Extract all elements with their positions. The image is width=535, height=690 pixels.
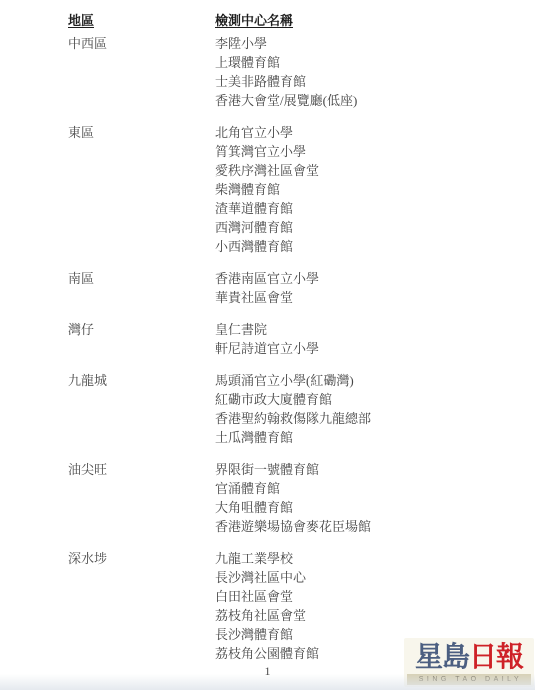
centre-name: 愛秩序灣社區會堂 — [215, 161, 525, 180]
district-name: 南區 — [68, 269, 215, 307]
centre-name: 大角咀體育館 — [215, 498, 525, 517]
sing-tao-daily-logo: 星島日報 SING TAO DAILY — [404, 638, 534, 687]
sing-tao-daily-logo-chinese: 星島日報 — [407, 641, 531, 673]
testing-centre-table: 地區 檢測中心名稱 中西區李陞小學上環體育館士美非路體育館香港大會堂/展覽廳(低… — [68, 11, 525, 676]
sing-tao-daily-logo-english: SING TAO DAILY — [407, 674, 531, 685]
centre-name: 九龍工業學校 — [215, 549, 525, 568]
centre-name: 界限街一號體育館 — [215, 460, 525, 479]
centre-list: 香港南區官立小學華貴社區會堂 — [215, 269, 525, 307]
centre-list: 北角官立小學筲箕灣官立小學愛秩序灣社區會堂柴灣體育館渣華道體育館西灣河體育館小西… — [215, 123, 525, 256]
centre-name: 香港大會堂/展覽廳(低座) — [215, 91, 525, 110]
centre-name: 李陞小學 — [215, 34, 525, 53]
centre-name: 官涌體育館 — [215, 479, 525, 498]
centre-list: 馬頭涌官立小學(紅磡灣)紅磡市政大廈體育館香港聖約翰救傷隊九龍總部土瓜灣體育館 — [215, 371, 525, 447]
centre-name: 馬頭涌官立小學(紅磡灣) — [215, 371, 525, 390]
district-name: 中西區 — [68, 34, 215, 110]
column-header-centre-name: 檢測中心名稱 — [215, 11, 525, 30]
district-section: 灣仔皇仁書院軒尼詩道官立小學 — [68, 320, 525, 358]
centre-name: 軒尼詩道官立小學 — [215, 339, 525, 358]
centre-name: 香港遊樂場協會麥花臣場館 — [215, 517, 525, 536]
centre-list: 界限街一號體育館官涌體育館大角咀體育館香港遊樂場協會麥花臣場館 — [215, 460, 525, 536]
centre-name: 香港聖約翰救傷隊九龍總部 — [215, 409, 525, 428]
centre-list: 李陞小學上環體育館士美非路體育館香港大會堂/展覽廳(低座) — [215, 34, 525, 110]
centre-name: 荔枝角社區會堂 — [215, 606, 525, 625]
centre-name: 士美非路體育館 — [215, 72, 525, 91]
district-name: 九龍城 — [68, 371, 215, 447]
sections-list: 中西區李陞小學上環體育館士美非路體育館香港大會堂/展覽廳(低座)東區北角官立小學… — [68, 34, 525, 663]
centre-name: 西灣河體育館 — [215, 218, 525, 237]
document-page: 地區 檢測中心名稱 中西區李陞小學上環體育館士美非路體育館香港大會堂/展覽廳(低… — [0, 0, 535, 690]
district-section: 九龍城馬頭涌官立小學(紅磡灣)紅磡市政大廈體育館香港聖約翰救傷隊九龍總部土瓜灣體… — [68, 371, 525, 447]
district-name: 東區 — [68, 123, 215, 256]
district-name: 油尖旺 — [68, 460, 215, 536]
district-section: 南區香港南區官立小學華貴社區會堂 — [68, 269, 525, 307]
column-header-district: 地區 — [68, 11, 215, 30]
district-section: 東區北角官立小學筲箕灣官立小學愛秩序灣社區會堂柴灣體育館渣華道體育館西灣河體育館… — [68, 123, 525, 256]
district-section: 中西區李陞小學上環體育館士美非路體育館香港大會堂/展覽廳(低座) — [68, 34, 525, 110]
district-name: 灣仔 — [68, 320, 215, 358]
centre-list: 皇仁書院軒尼詩道官立小學 — [215, 320, 525, 358]
centre-name: 長沙灣社區中心 — [215, 568, 525, 587]
centre-name: 柴灣體育館 — [215, 180, 525, 199]
centre-name: 土瓜灣體育館 — [215, 428, 525, 447]
centre-name: 小西灣體育館 — [215, 237, 525, 256]
centre-name: 渣華道體育館 — [215, 199, 525, 218]
logo-text-sing-tao: 星島 — [415, 641, 469, 672]
centre-name: 香港南區官立小學 — [215, 269, 525, 288]
centre-name: 紅磡市政大廈體育館 — [215, 390, 525, 409]
district-name: 深水埗 — [68, 549, 215, 663]
logo-text-daily: 日報 — [469, 641, 523, 672]
centre-name: 華貴社區會堂 — [215, 288, 525, 307]
centre-name: 皇仁書院 — [215, 320, 525, 339]
centre-name: 筲箕灣官立小學 — [215, 142, 525, 161]
district-section: 油尖旺界限街一號體育館官涌體育館大角咀體育館香港遊樂場協會麥花臣場館 — [68, 460, 525, 536]
table-header-row: 地區 檢測中心名稱 — [68, 11, 525, 30]
centre-name: 北角官立小學 — [215, 123, 525, 142]
centre-name: 白田社區會堂 — [215, 587, 525, 606]
centre-name: 上環體育館 — [215, 53, 525, 72]
